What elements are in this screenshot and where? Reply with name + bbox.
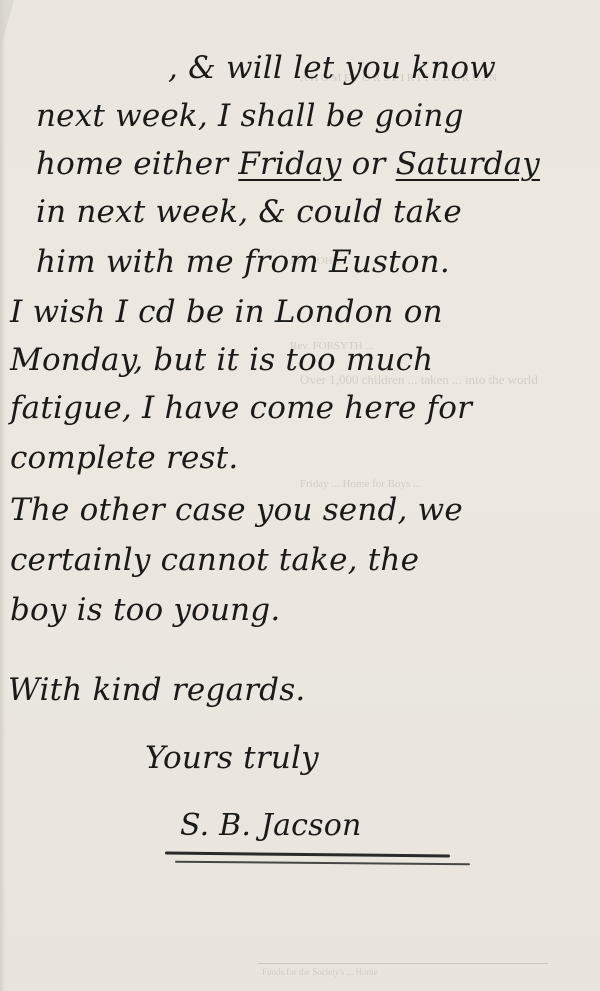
valediction: Yours truly — [145, 740, 319, 776]
closing-line: With kind regards. — [8, 672, 305, 708]
show-through-rule — [258, 963, 548, 964]
letter-line: The other case you send, we — [10, 492, 463, 528]
letter-line: home either Friday or Saturday — [36, 146, 540, 182]
signature-flourish — [175, 861, 470, 866]
underlined-word-saturday: Saturday — [396, 146, 540, 182]
letter-line: , & will let you know — [168, 50, 496, 86]
underlined-word-friday: Friday — [238, 146, 341, 182]
letter-text: home either — [36, 146, 238, 182]
letter-line: him with me from Euston. — [36, 244, 450, 280]
show-through-footer: Funds for the Society's ... Home — [262, 967, 378, 977]
letter-line: next week, I shall be going — [36, 98, 464, 134]
letter-line: complete rest. — [10, 440, 238, 476]
letter-text: or — [342, 146, 396, 182]
letter-line: boy is too young. — [10, 592, 280, 628]
page-edge — [0, 0, 6, 991]
letter-line: in next week, & could take — [36, 194, 462, 230]
letter-line: fatigue, I have come here for — [10, 390, 472, 426]
letter-line: certainly cannot take, the — [10, 542, 419, 578]
letter-line: Monday, but it is too much — [10, 342, 433, 378]
signature: S. B. Jacson — [180, 808, 362, 843]
signature-flourish — [165, 852, 450, 858]
show-through-text: Friday ... Home for Boys ... — [300, 478, 421, 490]
letter-page: A H O M E F O R S P I R I T U A L R U I … — [0, 0, 600, 991]
letter-line: I wish I cd be in London on — [10, 294, 443, 330]
